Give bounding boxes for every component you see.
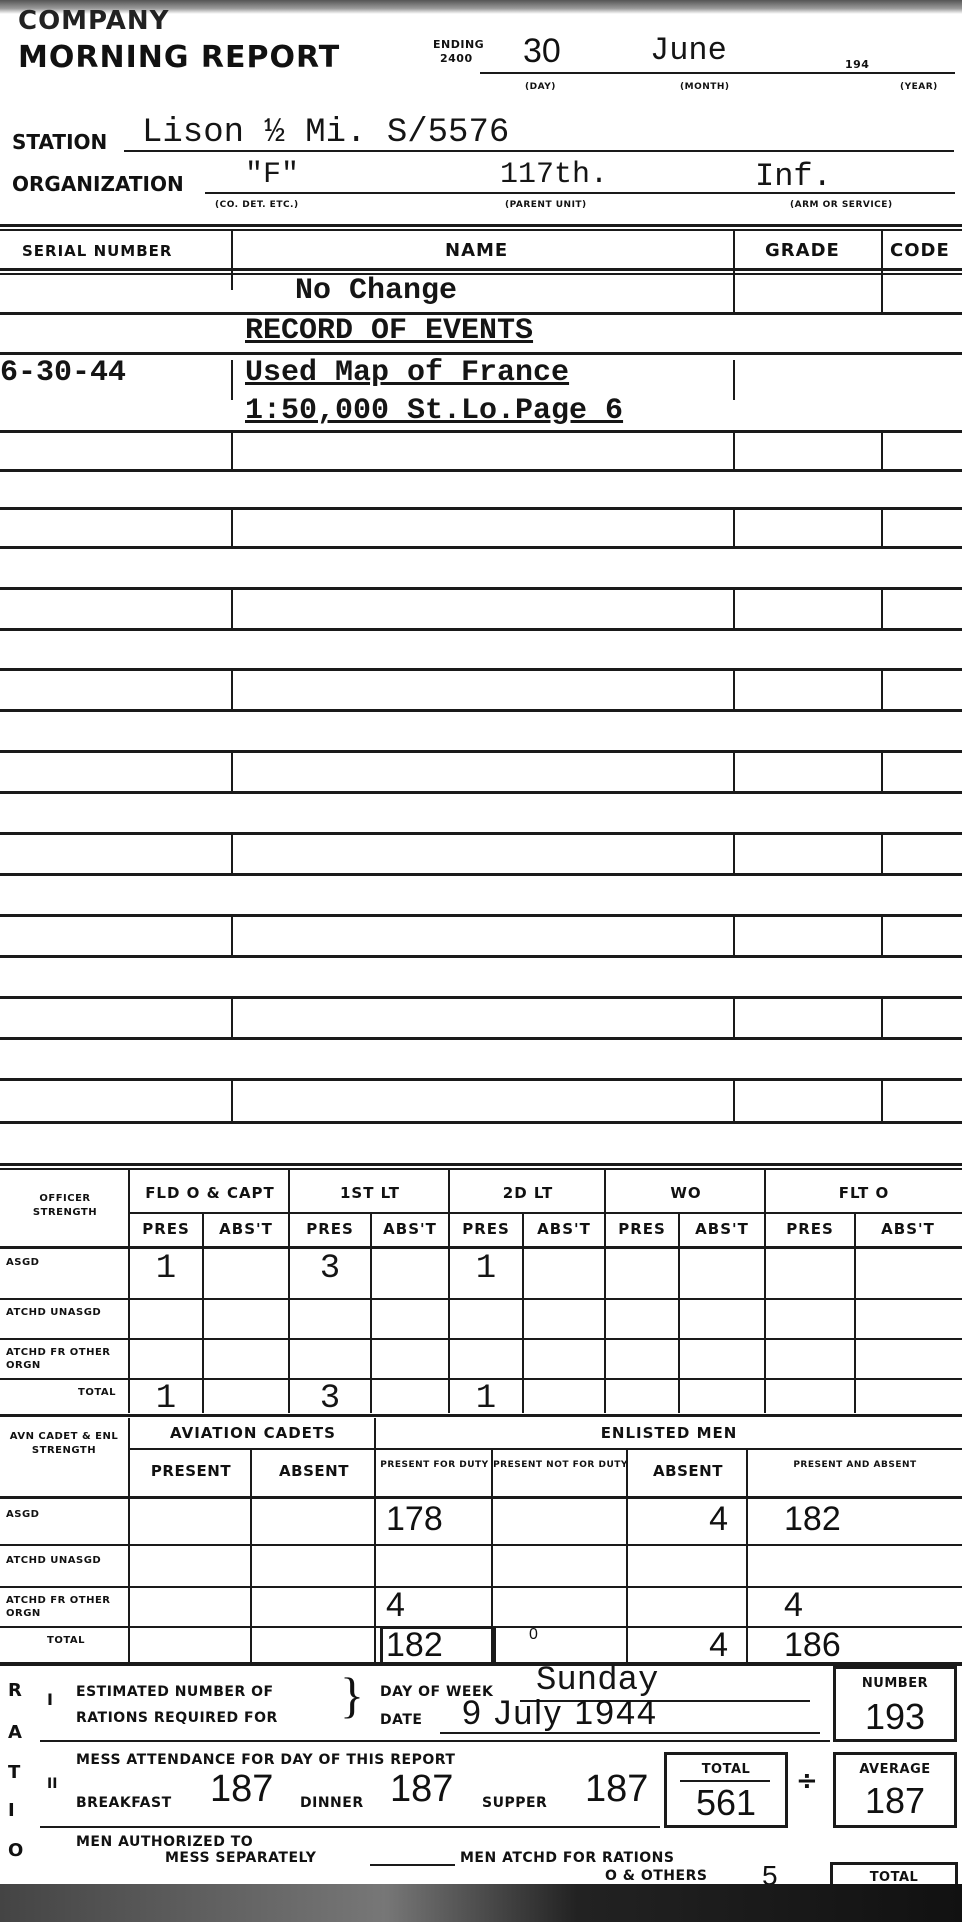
- officer-subcol-header: ABS'T: [370, 1220, 450, 1238]
- col-divider: [231, 510, 233, 546]
- officer-row-rule: [0, 1298, 962, 1300]
- enlisted-col-header: PRESENT NOT FOR DUTY: [493, 1458, 628, 1472]
- date-value: 9 July 1944: [462, 1694, 658, 1733]
- officer-subcol-header: PRES: [606, 1220, 678, 1238]
- organization-parent: 117th.: [500, 158, 608, 192]
- col-divider: [881, 671, 883, 709]
- year-caption: (YEAR): [900, 82, 938, 92]
- col-divider: [231, 835, 233, 873]
- report-month: June: [650, 32, 727, 69]
- enlisted-total-box: [380, 1626, 496, 1666]
- col-divider: [231, 917, 233, 955]
- organization-parent-caption: (PARENT UNIT): [505, 200, 587, 210]
- row-rule: [0, 750, 962, 753]
- officer-row-label: ASGD: [6, 1256, 116, 1269]
- enlisted-strength-label: AVN CADET & ENL STRENGTH: [4, 1430, 124, 1458]
- row-rule: [0, 628, 962, 631]
- enlisted-men-header: ENLISTED MEN: [376, 1424, 962, 1442]
- col-divider: [881, 590, 883, 628]
- officer-subcol-header: ABS'T: [854, 1220, 962, 1238]
- supper-label: SUPPER: [482, 1795, 547, 1811]
- enlisted-row-label: ATCHD UNASGD: [6, 1554, 126, 1567]
- divide-icon: ÷: [796, 1766, 818, 1796]
- month-caption: (MONTH): [680, 82, 730, 92]
- row-rule: [0, 352, 962, 355]
- row-rule: [0, 273, 962, 275]
- date-label: DATE: [380, 1712, 422, 1728]
- organization-company-caption: (CO. DET. ETC.): [215, 200, 299, 210]
- rations-mid-rule: [40, 1740, 830, 1742]
- enlisted-cell: 186: [748, 1626, 962, 1665]
- company-label: COMPANY: [18, 6, 169, 36]
- row-rule: [0, 430, 962, 433]
- report-title: MORNING REPORT: [18, 40, 340, 75]
- estimated-label-2: RATIONS REQUIRED FOR: [76, 1710, 278, 1726]
- subcol-divider: [370, 1214, 372, 1413]
- col-divider: [733, 1081, 735, 1121]
- col-divider: [881, 1081, 883, 1121]
- enlisted-cell: 182: [748, 1500, 962, 1539]
- enlisted-strength-grid: AVN CADET & ENL STRENGTHAVIATION CADETSE…: [0, 1418, 962, 1663]
- officer-row-label: ATCHD FR OTHER ORGN: [6, 1346, 116, 1372]
- row-rule: [0, 1037, 962, 1040]
- col-divider: [881, 999, 883, 1037]
- col-divider: [231, 1081, 233, 1121]
- enlisted-cell: 178: [376, 1500, 483, 1539]
- row-rule: [0, 791, 962, 794]
- officer-cell: 3: [290, 1250, 370, 1288]
- row-rule: [0, 668, 962, 671]
- group-divider: [128, 1170, 130, 1413]
- enlisted-col-header: ABSENT: [252, 1464, 376, 1478]
- day-caption: (DAY): [525, 82, 556, 92]
- col-divider: [733, 590, 735, 628]
- officer-cell: 1: [130, 1380, 202, 1418]
- estimated-label-1: ESTIMATED NUMBER OF: [76, 1684, 274, 1700]
- col-divider: [733, 360, 735, 400]
- enlisted-cell: 4: [376, 1586, 483, 1625]
- row-rule: [0, 546, 962, 549]
- row-rule: [0, 268, 962, 271]
- group-divider: [448, 1170, 450, 1413]
- station-value: Lison ½ Mi. S/5576: [142, 114, 509, 152]
- officer-strength-grid: FLD O & CAPT1ST LT2D LTWOFLT OPRESABS'TP…: [130, 1170, 962, 1413]
- organization-arm-caption: (ARM OR SERVICE): [790, 200, 893, 210]
- col-divider: [733, 999, 735, 1037]
- enlisted-cell: 4: [628, 1626, 728, 1665]
- officer-group-header: WO: [606, 1184, 766, 1202]
- group-divider: [604, 1170, 606, 1413]
- number-value: 193: [836, 1696, 954, 1738]
- year-prefix: 194: [845, 58, 869, 71]
- rations-lower-rule: [40, 1826, 660, 1828]
- subcol-divider: [854, 1214, 856, 1413]
- attached-label-1: MEN ATCHD FOR RATIONS: [460, 1850, 674, 1866]
- authorized-label-2: MESS SEPARATELY: [165, 1850, 316, 1866]
- ration-letter-i: I: [8, 1800, 15, 1821]
- subcol-divider: [678, 1214, 680, 1413]
- organization-underline: [205, 192, 955, 194]
- group-divider: [764, 1170, 766, 1413]
- bottom-total-label: TOTAL: [833, 1870, 955, 1885]
- col-divider: [881, 917, 883, 955]
- enlisted-row-rule: [0, 1544, 962, 1546]
- col-divider: [733, 510, 735, 546]
- officer-subcol-header: ABS'T: [678, 1220, 766, 1238]
- brace-icon: }: [340, 1670, 364, 1720]
- row-rule: [0, 587, 962, 590]
- subcol-divider: [522, 1214, 524, 1413]
- average-value: 187: [836, 1780, 954, 1822]
- officer-strength-label: OFFICER STRENGTH: [10, 1192, 120, 1220]
- enlisted-col-header: PRESENT FOR DUTY: [376, 1458, 493, 1472]
- date-underline: [480, 72, 955, 74]
- officer-cell: 1: [450, 1250, 522, 1288]
- enlisted-col-header: PRESENT AND ABSENT: [748, 1458, 962, 1472]
- row-rule: [0, 914, 962, 917]
- col-divider: [881, 753, 883, 791]
- date-underline: [440, 1732, 820, 1734]
- col-divider: [733, 753, 735, 791]
- officer-cell: 1: [450, 1380, 522, 1418]
- average-label: AVERAGE: [836, 1762, 954, 1777]
- roster-name-1: No Change: [295, 274, 457, 308]
- roster-top-rule: [0, 224, 962, 227]
- rations-top-rule: [0, 1663, 962, 1666]
- col-divider: [881, 230, 883, 314]
- officer-group-header: 1ST LT: [290, 1184, 450, 1202]
- section-i-label: I: [47, 1690, 53, 1709]
- attached-label-2: O & OTHERS: [605, 1868, 707, 1884]
- roster-name-2: RECORD OF EVENTS: [245, 314, 533, 348]
- officer-subcol-header: ABS'T: [202, 1220, 290, 1238]
- officer-row-rule: [0, 1338, 962, 1340]
- enlisted-col-divider: [250, 1448, 252, 1663]
- officer-cell: 1: [130, 1250, 202, 1288]
- row-rule: [0, 873, 962, 876]
- authorized-underline: [370, 1864, 455, 1866]
- col-divider: [231, 433, 233, 469]
- ending-time-label: 2400: [440, 52, 473, 65]
- officer-subcol-header: ABS'T: [522, 1220, 606, 1238]
- officer-row-label: TOTAL: [6, 1386, 116, 1399]
- col-divider: [733, 917, 735, 955]
- col-divider: [231, 999, 233, 1037]
- dinner-label: DINNER: [300, 1795, 364, 1811]
- col-header-grade: GRADE: [765, 240, 840, 261]
- roster-serial-3: 6-30-44: [0, 356, 126, 390]
- aviation-cadets-header: AVIATION CADETS: [130, 1424, 376, 1442]
- dinner-value: 187: [390, 1768, 453, 1811]
- ration-letter-t: T: [8, 1762, 20, 1783]
- supper-value: 187: [585, 1768, 648, 1811]
- ration-letter-o: O: [8, 1840, 23, 1861]
- enlisted-row-label: ASGD: [6, 1508, 126, 1521]
- enlisted-col-header: PRESENT: [130, 1464, 252, 1478]
- total-label: TOTAL: [667, 1762, 785, 1777]
- officer-header-rule: [0, 1246, 962, 1249]
- ending-label: ENDING: [433, 38, 484, 51]
- col-header-serial: SERIAL NUMBER: [22, 242, 172, 260]
- row-rule: [0, 709, 962, 712]
- section-ii-label: II: [47, 1776, 57, 1792]
- row-rule: [0, 1078, 962, 1081]
- col-header-name: NAME: [445, 240, 508, 261]
- col-divider: [231, 590, 233, 628]
- roster-name-4: 1:50,000 St.Lo.Page 6: [245, 394, 623, 428]
- officer-row-rule: [0, 1414, 962, 1417]
- col-divider: [881, 433, 883, 469]
- col-header-code: CODE: [890, 240, 950, 261]
- mess-attendance-label: MESS ATTENDANCE FOR DAY OF THIS REPORT: [76, 1752, 455, 1768]
- officer-subcol-header: PRES: [450, 1220, 522, 1238]
- organization-label: ORGANIZATION: [12, 172, 184, 196]
- breakfast-label: BREAKFAST: [76, 1795, 172, 1811]
- enlisted-row-label: TOTAL: [6, 1634, 126, 1647]
- enlisted-col-header: ABSENT: [628, 1464, 748, 1478]
- col-divider: [733, 433, 735, 469]
- row-rule: [0, 1121, 962, 1124]
- officer-group-header: FLD O & CAPT: [130, 1184, 290, 1202]
- officer-group-header: FLT O: [766, 1184, 962, 1202]
- enlisted-header-rule: [0, 1496, 962, 1499]
- col-divider: [231, 230, 233, 290]
- report-day: 30: [523, 32, 561, 71]
- total-value: 561: [667, 1782, 785, 1824]
- col-divider: [231, 671, 233, 709]
- officer-row-label: ATCHD UNASGD: [6, 1306, 116, 1319]
- col-divider: [733, 671, 735, 709]
- group-divider: [288, 1170, 290, 1413]
- row-rule: [0, 832, 962, 835]
- col-divider: [733, 835, 735, 873]
- row-rule: [0, 469, 962, 472]
- organization-company: "F": [245, 158, 299, 192]
- ration-letter-r: R: [8, 1680, 22, 1701]
- row-rule: [0, 955, 962, 958]
- roster-name-3: Used Map of France: [245, 356, 569, 390]
- col-divider: [231, 360, 233, 400]
- number-label: NUMBER: [836, 1676, 954, 1691]
- scan-bottom-shadow: [0, 1884, 962, 1922]
- enlisted-cell: 4: [628, 1500, 728, 1539]
- authorized-label-1: MEN AUTHORIZED TO: [76, 1834, 253, 1850]
- officer-group-header: 2D LT: [450, 1184, 606, 1202]
- ration-letter-a: A: [8, 1722, 22, 1743]
- enlisted-group-rule: [130, 1448, 962, 1450]
- roster-top-rule-2: [0, 229, 962, 231]
- row-rule: [0, 996, 962, 999]
- row-rule: [0, 507, 962, 510]
- officer-subcol-header: PRES: [130, 1220, 202, 1238]
- col-divider: [881, 835, 883, 873]
- officer-cell: 3: [290, 1380, 370, 1418]
- col-divider: [733, 230, 735, 314]
- enlisted-cell: 0: [493, 1626, 644, 1644]
- officer-subcol-header: PRES: [766, 1220, 854, 1238]
- subcol-divider: [202, 1214, 204, 1413]
- station-label: STATION: [12, 130, 107, 154]
- organization-arm: Inf.: [755, 158, 832, 195]
- col-divider: [881, 510, 883, 546]
- col-divider: [231, 753, 233, 791]
- officer-subheader-rule: [130, 1212, 962, 1214]
- enlisted-row-label: ATCHD FR OTHER ORGN: [6, 1594, 126, 1620]
- enlisted-cell: 4: [748, 1586, 962, 1625]
- officer-top-rule: [0, 1163, 962, 1166]
- officer-subcol-header: PRES: [290, 1220, 370, 1238]
- breakfast-value: 187: [210, 1768, 273, 1811]
